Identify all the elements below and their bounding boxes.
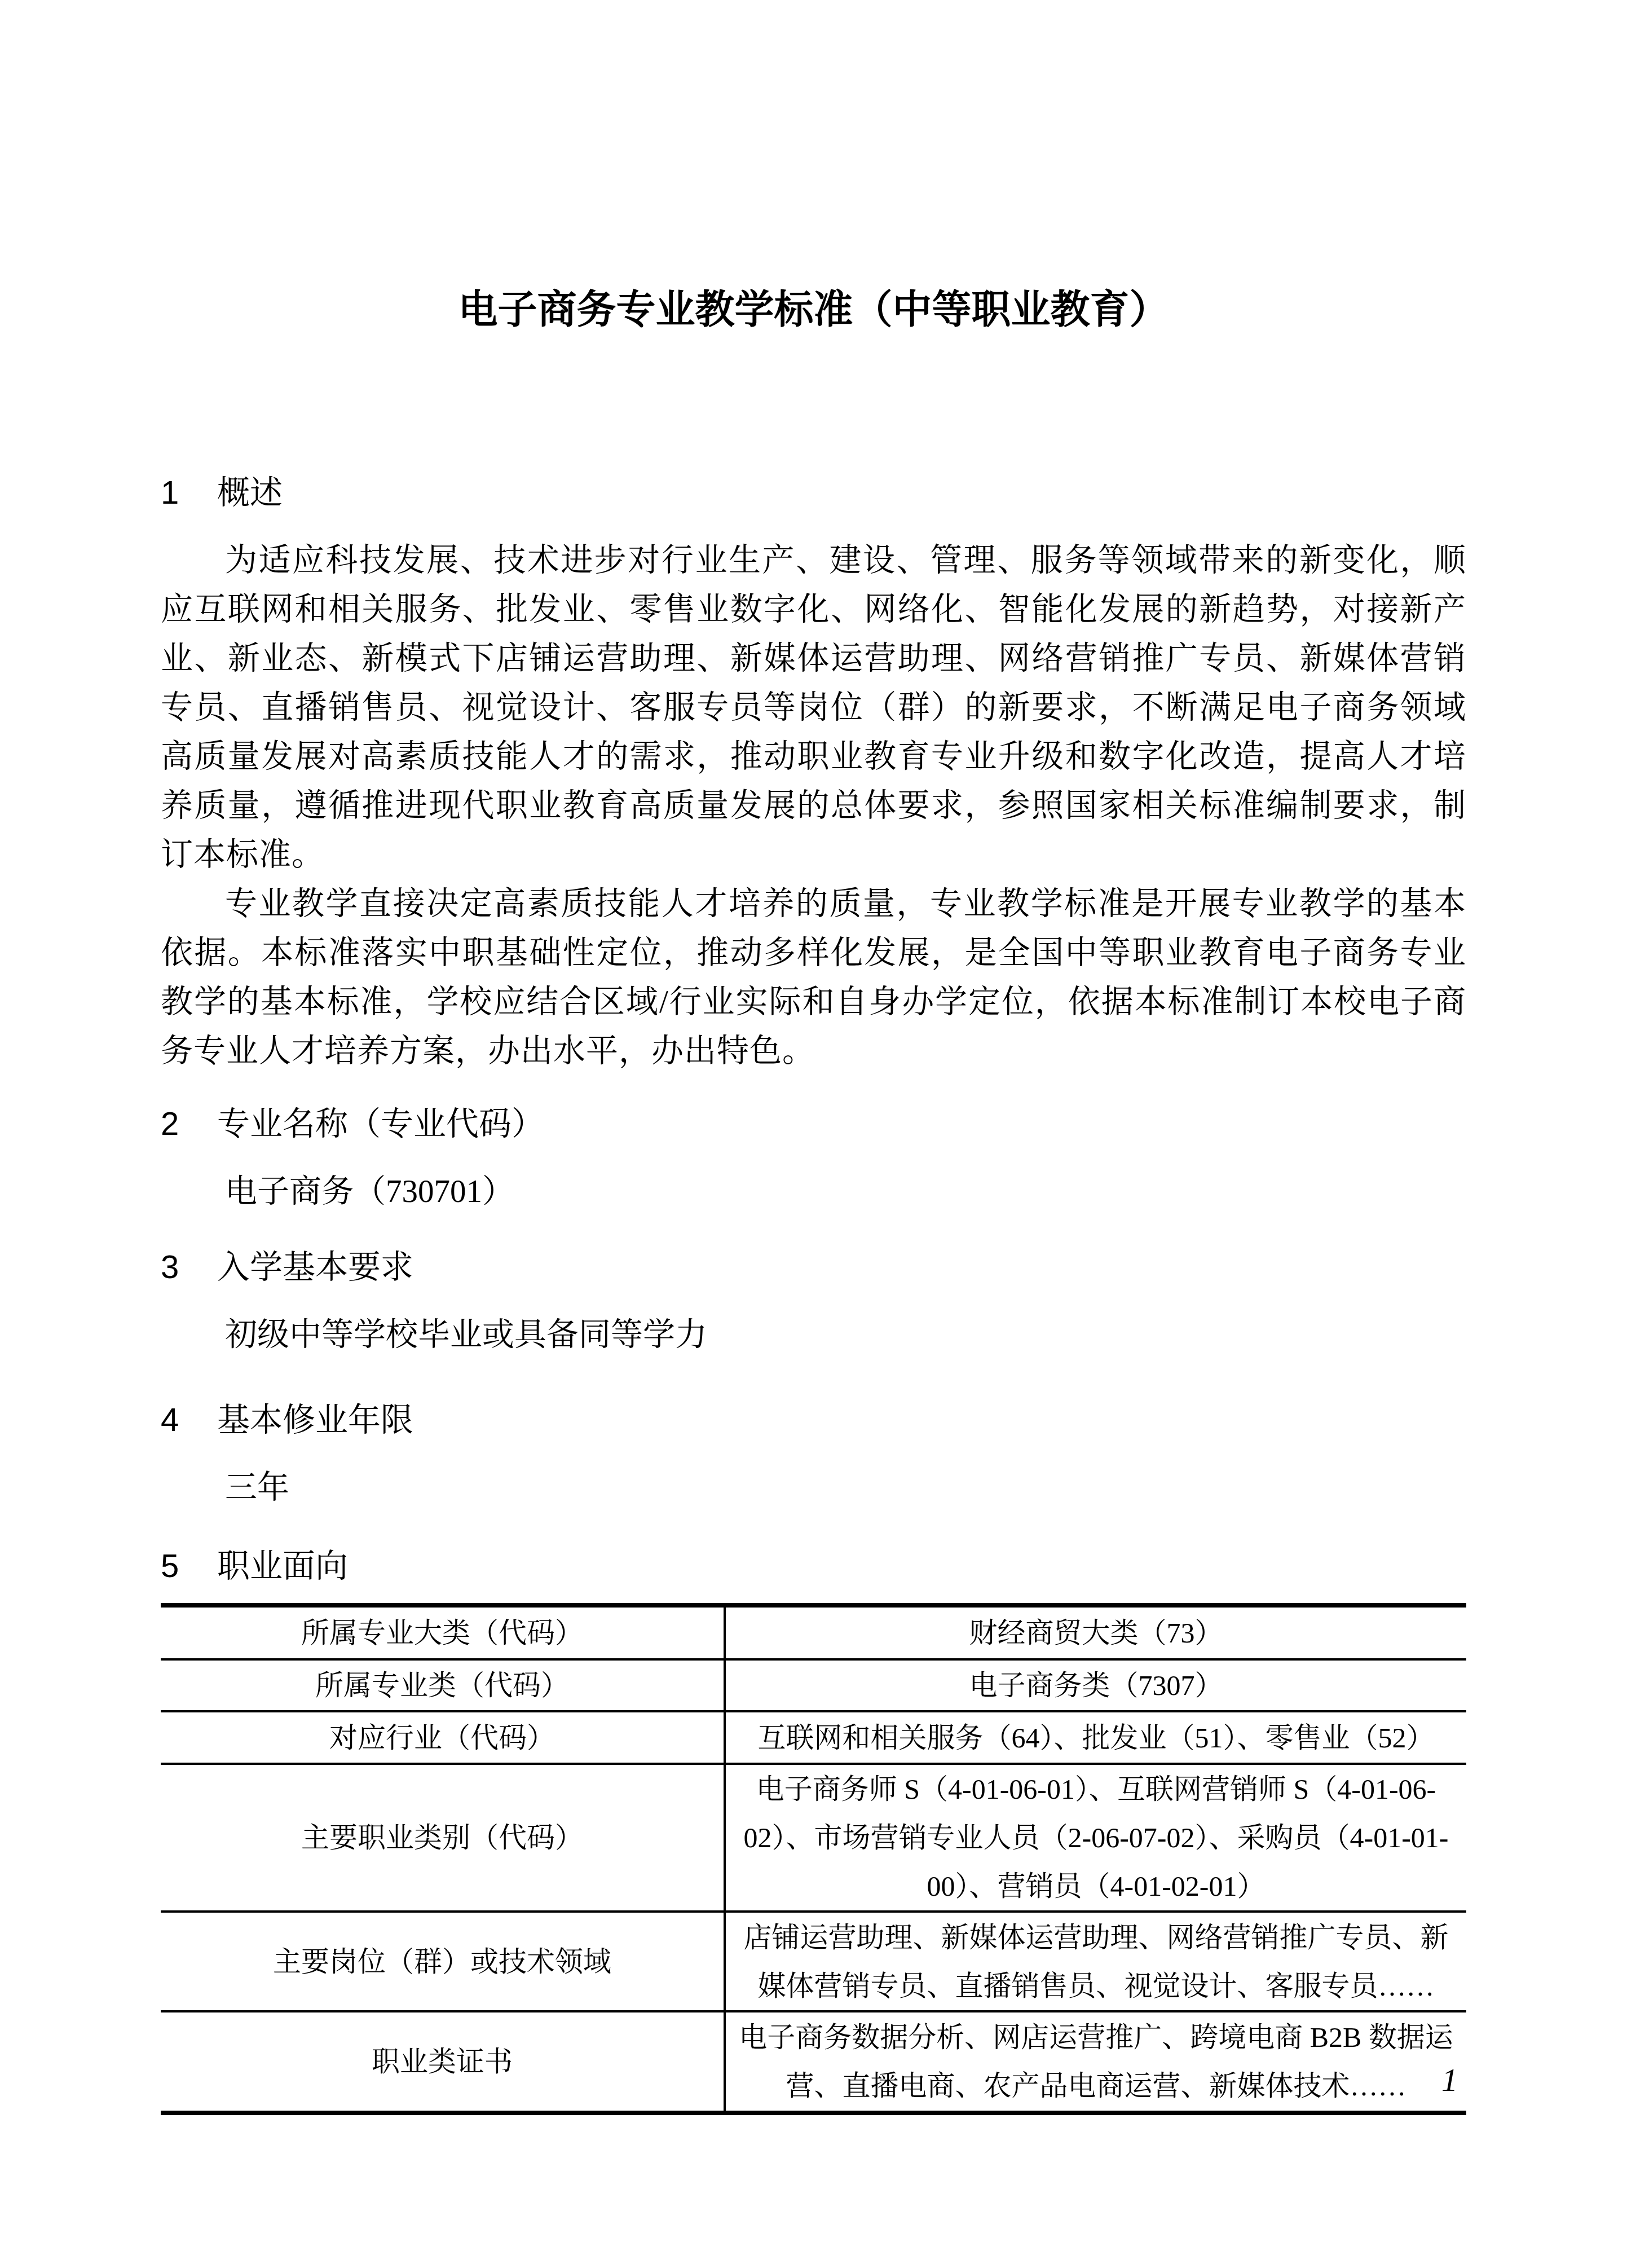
section-heading-study-duration: 4 基本修业年限: [161, 1403, 1466, 1438]
document-title: 电子商务专业教学标准（中等职业教育）: [161, 290, 1466, 331]
section-heading-admission-requirements: 3 入学基本要求: [161, 1250, 1466, 1285]
table-row: 主要职业类别（代码） 电子商务师 S（4-01-06-01）、互联网营销师 S（…: [161, 1764, 1466, 1912]
document-content: 电子商务专业教学标准（中等职业教育） 1 概述 为适应科技发展、技术进步对行业生…: [161, 0, 1466, 2115]
table-row: 对应行业（代码） 互联网和相关服务（64）、批发业（51）、零售业（52）: [161, 1711, 1466, 1764]
table-cell-value: 互联网和相关服务（64）、批发业（51）、零售业（52）: [725, 1711, 1466, 1764]
table-cell-value: 电子商务类（7307）: [725, 1659, 1466, 1711]
section-heading-major-name: 2 专业名称（专业代码）: [161, 1107, 1466, 1142]
page-number: 1: [1441, 2060, 1458, 2100]
section-title: 基本修业年限: [217, 1403, 413, 1438]
overview-paragraph-1: 为适应科技发展、技术进步对行业生产、建设、管理、服务等领域带来的新变化，顺应互联…: [161, 536, 1466, 879]
table-cell-label: 所属专业大类（代码）: [161, 1605, 725, 1659]
table-row: 主要岗位（群）或技术领域 店铺运营助理、新媒体运营助理、网络营销推广专员、新媒体…: [161, 1912, 1466, 2011]
section-number: 5: [161, 1549, 217, 1584]
table-row: 所属专业大类（代码） 财经商贸大类（73）: [161, 1605, 1466, 1659]
section-number: 2: [161, 1107, 217, 1142]
section-title: 概述: [217, 475, 283, 510]
section-number: 3: [161, 1250, 217, 1285]
table-cell-value: 财经商贸大类（73）: [725, 1605, 1466, 1659]
table-cell-value: 店铺运营助理、新媒体运营助理、网络营销推广专员、新媒体营销专员、直播销售员、视觉…: [725, 1912, 1466, 2011]
admission-requirements-value: 初级中等学校毕业或具备同等学力: [161, 1310, 1466, 1359]
table-row: 职业类证书 电子商务数据分析、网店运营推广、跨境电商 B2B 数据运营、直播电商…: [161, 2011, 1466, 2113]
section-number: 4: [161, 1403, 217, 1438]
table-cell-value: 电子商务数据分析、网店运营推广、跨境电商 B2B 数据运营、直播电商、农产品电商…: [725, 2011, 1466, 2113]
table-cell-label: 主要岗位（群）或技术领域: [161, 1912, 725, 2011]
section-title: 专业名称（专业代码）: [217, 1107, 544, 1142]
document-page: 电子商务专业教学标准（中等职业教育） 1 概述 为适应科技发展、技术进步对行业生…: [0, 0, 1627, 2268]
study-duration-value: 三年: [161, 1463, 1466, 1512]
table-cell-label: 对应行业（代码）: [161, 1711, 725, 1764]
overview-paragraph-2: 专业教学直接决定高素质技能人才培养的质量，专业教学标准是开展专业教学的基本依据。…: [161, 879, 1466, 1076]
table-row: 所属专业类（代码） 电子商务类（7307）: [161, 1659, 1466, 1711]
section-heading-career-orientation: 5 职业面向: [161, 1549, 1466, 1584]
section-number: 1: [161, 475, 217, 510]
major-name-value: 电子商务（730701）: [161, 1167, 1466, 1216]
table-cell-label: 所属专业类（代码）: [161, 1659, 725, 1711]
section-title: 职业面向: [217, 1549, 348, 1584]
career-orientation-table: 所属专业大类（代码） 财经商贸大类（73） 所属专业类（代码） 电子商务类（73…: [161, 1603, 1466, 2115]
table-cell-label: 主要职业类别（代码）: [161, 1764, 725, 1912]
section-title: 入学基本要求: [217, 1250, 413, 1285]
section-heading-overview: 1 概述: [161, 475, 1466, 510]
table-cell-value: 电子商务师 S（4-01-06-01）、互联网营销师 S（4-01-06-02）…: [725, 1764, 1466, 1912]
table-cell-label: 职业类证书: [161, 2011, 725, 2113]
